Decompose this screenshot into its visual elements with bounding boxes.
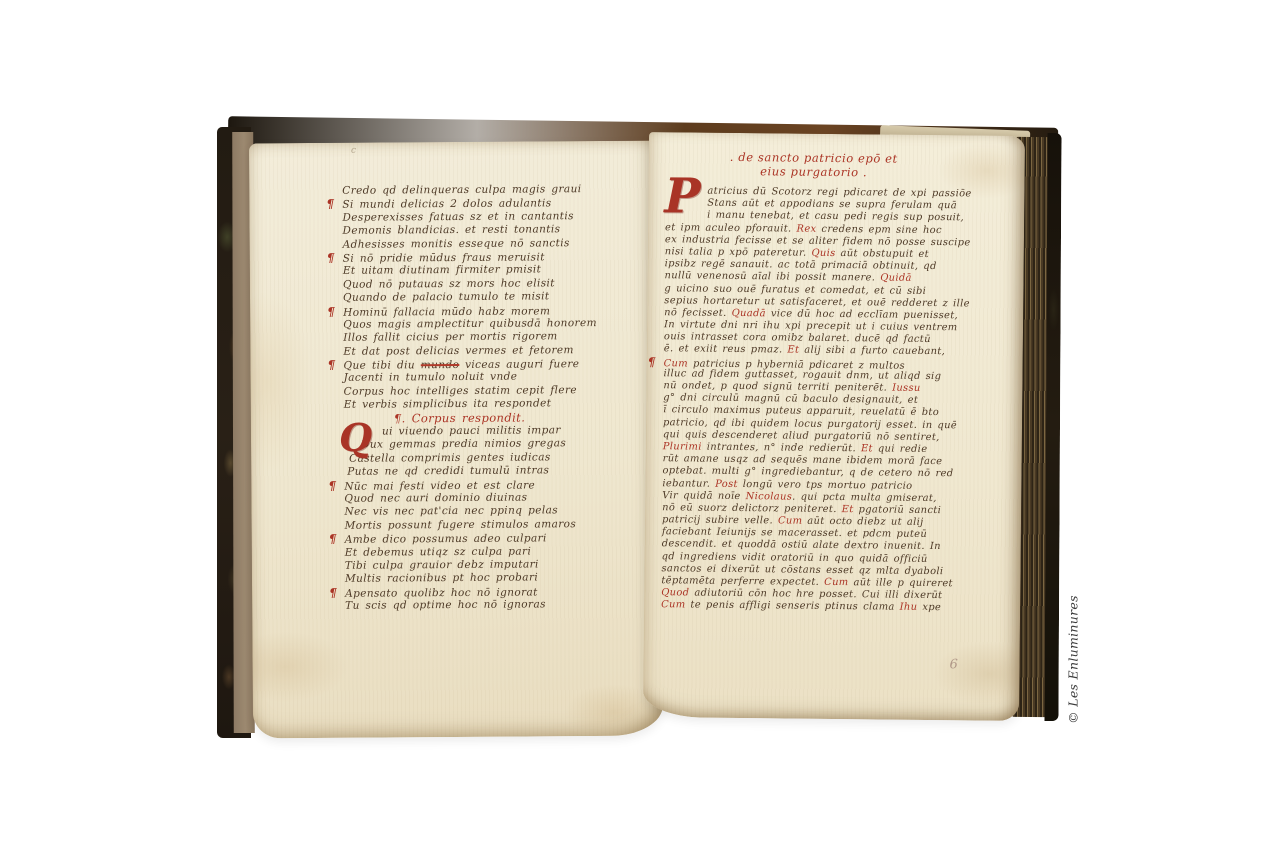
text-segment: aūt ille p quireret	[848, 577, 952, 589]
text-segment: Et	[842, 504, 854, 515]
right-cover-board-edge	[1044, 133, 1061, 721]
text-segment: Nicolaus	[746, 491, 793, 502]
folio-number: 6	[949, 657, 957, 672]
text-segment: Putas ne qd credidi tumulū intras	[347, 465, 549, 478]
text-segment: Et	[787, 345, 799, 356]
text-segment: aūt obstupuit et	[836, 248, 929, 260]
text-segment: Desperexisses fatuas sz et in cantantis	[342, 210, 574, 224]
text-segment: Que tibi diu	[343, 359, 420, 372]
text-segment: Et verbis simplicibus ita respondet	[344, 398, 552, 411]
text-segment: Ambe dico possumus adeo culpari	[345, 533, 547, 546]
text-segment: nū ondet, p quod signū territi peniterēt…	[663, 380, 892, 393]
text-segment: Et	[861, 443, 873, 454]
text-segment: Si nō pridie mūdus fraus meruisit	[343, 251, 545, 264]
heading-line-2: eius purgatorio .	[684, 164, 944, 180]
text-segment: longū vero tps mortuo patricio	[738, 478, 913, 491]
left-page: c Credo qd delinqueras culpa magis graui…	[249, 141, 663, 739]
text-segment: credens epm sine hoc	[816, 223, 941, 235]
copyright-watermark: © Les Enluminures	[1066, 580, 1081, 740]
text-segment: Stans aūt et appodians se supra ferulam …	[707, 198, 957, 212]
text-segment: vice dū hoc ad ecclīam puenisset,	[766, 308, 958, 321]
text-segment: Credo qd delinqueras culpa magis graui	[342, 183, 581, 197]
text-segment: Rex	[797, 223, 817, 234]
text-segment: xpe	[917, 602, 941, 613]
paraph-mark-icon: ¶	[329, 533, 345, 547]
text-segment: Mortis possunt fugere stimulos amaros	[345, 518, 577, 532]
text-segment: pgatoriū sancti	[854, 504, 942, 516]
paraph-mark-icon: ¶	[648, 356, 664, 368]
left-page-initial-letter: Q	[339, 419, 372, 457]
text-segment: et ipm aculeo pforauit.	[665, 222, 797, 234]
text-segment: Et uitam diutinam firmiter pmisit	[343, 264, 542, 277]
text-segment: Multis racionibus pt hoc probari	[345, 572, 538, 585]
text-segment: Nūc mai festi video et est clare	[344, 479, 535, 492]
text-segment: Si mundi delicias 2 dolos adulantis	[342, 198, 551, 211]
left-page-text-block: Credo qd delinqueras culpa magis graui¶S…	[342, 183, 655, 614]
right-page-text-block: atricius dū Scotorz regi pdicaret de xpi…	[661, 185, 1017, 615]
text-segment: Quis	[811, 248, 835, 259]
text-segment: alij sibi a furto cauebant,	[799, 345, 945, 358]
paraph-mark-icon: ¶	[326, 198, 342, 212]
text-segment: iebantur.	[662, 478, 715, 490]
text-segment: Hominū fallacia mūdo habz morem	[343, 305, 550, 318]
text-segment: Quando de palacio tumulo te misit	[343, 290, 550, 303]
manuscript-line: Cum te penis affligi senseris ptinus cla…	[661, 600, 1013, 616]
text-segment: Quod nō putauas sz mors hoc elisit	[343, 277, 555, 290]
text-segment: Tibi culpa grauior debz imputari	[345, 558, 539, 571]
text-segment: . qui pcta multa gmiserat,	[792, 491, 937, 504]
text-segment: Jacenti in tumulo noluit vnde	[344, 371, 518, 384]
text-segment: Adhesisses monitis esseque nō sanctis	[343, 237, 570, 251]
text-segment: nullū venenosū aīal ibi possit manere.	[665, 271, 881, 284]
text-segment: nisi talia p xpō pateretur.	[665, 246, 812, 259]
text-segment: ¶. Corpus respondit.	[394, 410, 525, 425]
text-segment: patricij subire velle.	[662, 514, 778, 526]
text-segment: Quadā	[732, 308, 766, 319]
text-segment: Cum	[661, 600, 685, 611]
text-segment: Et dat post delicias vermes et fetorem	[343, 344, 574, 358]
text-segment: Demonis blandicias. et resti tonantis	[342, 223, 560, 237]
manuscript-photograph: c Credo qd delinqueras culpa magis graui…	[0, 0, 1280, 860]
text-segment: Tu scis qd optime hoc nō ignoras	[345, 598, 546, 611]
text-segment: Post	[715, 478, 738, 489]
text-segment: aūt octo diebz ut alij	[802, 516, 923, 528]
text-segment: Quod nec auri dominio diuinas	[344, 491, 527, 504]
text-segment: Cum	[778, 515, 802, 526]
text-segment: te penis affligi senseris ptinus clama	[685, 600, 899, 613]
text-segment: Dux gemmas predia nimios gregas	[361, 438, 566, 451]
paraph-mark-icon: ¶	[327, 359, 343, 373]
paraph-mark-icon: ¶	[328, 479, 344, 493]
text-segment: Corpus hoc intelliges statim cepit flere	[344, 384, 577, 398]
text-segment: Vir quidā noīe	[662, 490, 745, 502]
top-margin-mark: c	[351, 146, 356, 156]
text-segment: Castella comprimis gentes iudicas	[349, 451, 551, 464]
text-segment: Cum	[824, 577, 848, 588]
text-segment: ē. et exiit reus pmaz.	[664, 344, 788, 356]
text-segment: Nec vis nec pat'cia nec ppinq pelas	[344, 505, 558, 518]
right-page: . de sancto patricio epō et eius purgato…	[643, 132, 1025, 721]
text-segment: ui viuendo pauci militis impar	[382, 424, 561, 437]
paraph-mark-icon: ¶	[327, 252, 343, 266]
text-segment: mundo	[421, 359, 460, 371]
text-segment: Ihu	[900, 602, 918, 613]
text-segment: Iussu	[892, 383, 921, 394]
text-segment: Quidā	[880, 273, 912, 284]
paraph-mark-icon: ¶	[327, 305, 343, 319]
text-segment: nō fecisset.	[664, 307, 732, 319]
text-segment: Apensato quolibz hoc nō ignorat	[345, 586, 538, 599]
chapter-heading: . de sancto patricio epō et eius purgato…	[684, 150, 944, 180]
text-segment: Plurimi	[663, 441, 702, 452]
manuscript-line: Tu scis qd optime hoc nō ignoras	[345, 598, 655, 614]
paraph-mark-icon: ¶	[329, 586, 345, 600]
text-segment: Quos magis amplectitur quibusdā honorem	[343, 317, 597, 331]
text-segment: viceas auguri fuere	[459, 358, 579, 371]
text-segment: Et debemus utiqz sz culpa pari	[345, 545, 531, 558]
text-segment: nō eū suorz delictorz peniteret.	[662, 502, 842, 515]
text-segment: qui redie	[873, 443, 928, 455]
text-segment: Quod	[661, 587, 689, 598]
text-segment: intrantes, n° inde redierūt.	[702, 442, 861, 455]
text-segment: tēptamēta perferre expectet.	[661, 575, 824, 588]
text-segment: Illos fallit cicius per mortis rigorem	[343, 331, 557, 344]
